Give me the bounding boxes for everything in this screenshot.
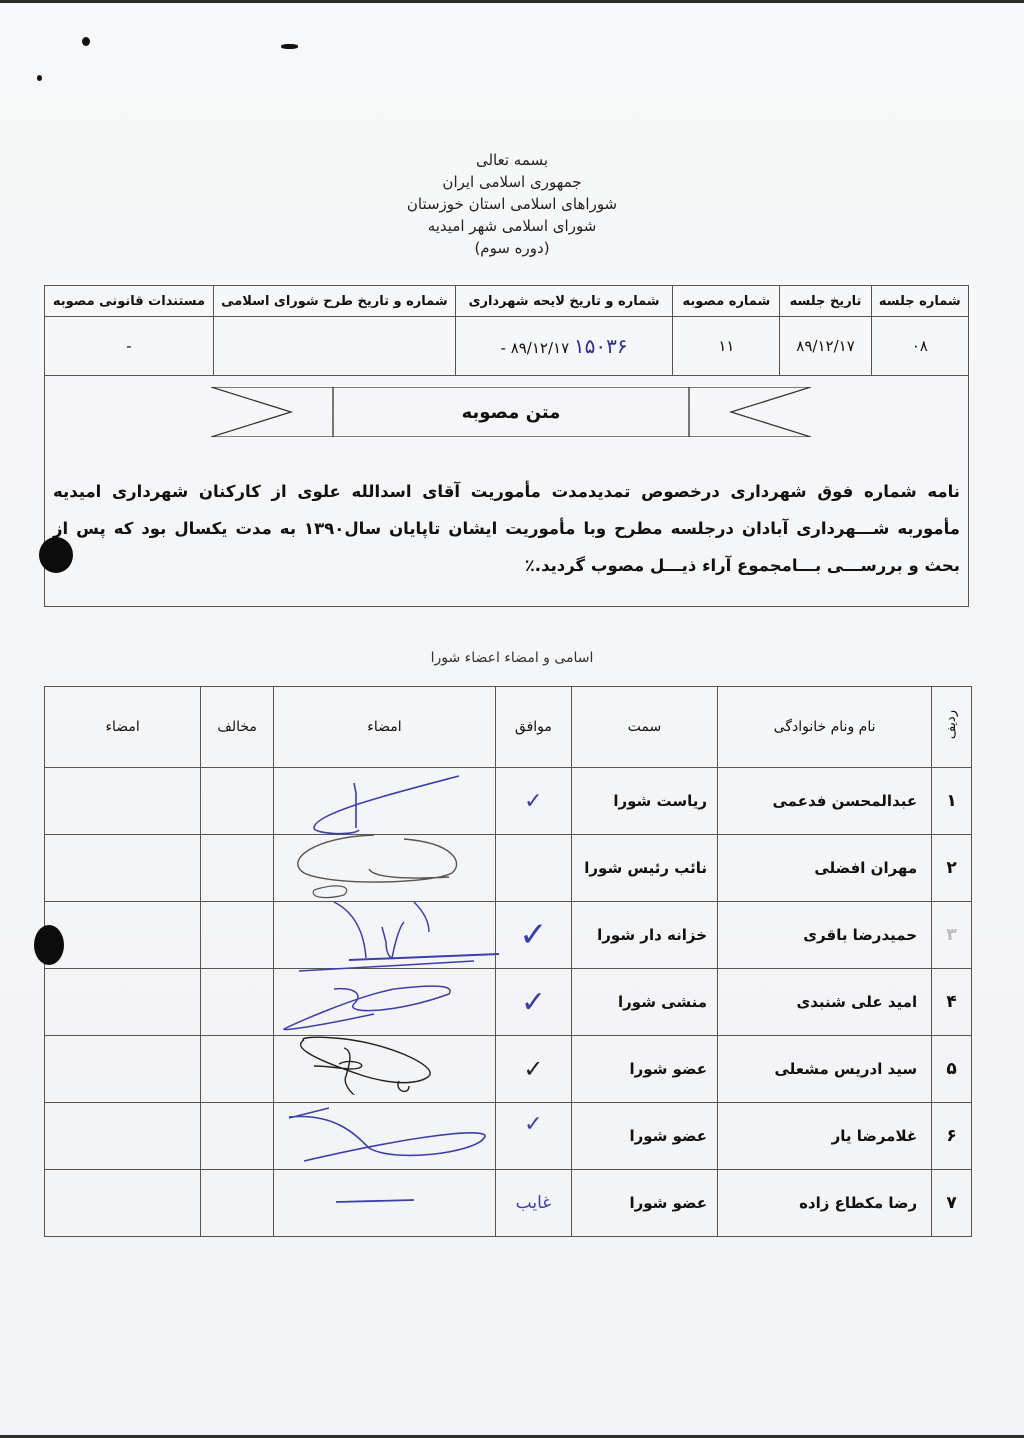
signature-cell [274,1170,496,1237]
row-number: ۳ [932,902,972,969]
punch-hole-mark [34,925,64,965]
oppose-cell [201,1103,274,1170]
opposition-signature-cell [45,1170,201,1237]
ink-speck [37,75,42,81]
member-name: رضا مکطاع زاده [718,1170,932,1237]
header-agree: موافق [495,687,571,768]
row-number: ۵ [932,1036,972,1103]
opposition-signature-cell [45,969,201,1036]
ink-speck [82,37,90,46]
agree-cell: ✓ [495,1036,571,1103]
council-members-table: ردیف نام ونام خانوادگی سمت موافق امضاء م… [44,686,972,1237]
opposition-signature-cell [45,835,201,902]
approval-title-banner: متن مصوبه [211,387,811,437]
signature-cell [274,902,496,969]
header-country: جمهوری اسلامی ایران [0,171,1024,193]
table-row: ۶ غلامرضا یار عضو شورا ✓ [45,1103,972,1170]
handwritten-signature-icon [274,1103,519,1167]
oppose-cell [201,969,274,1036]
agree-cell: ✓ [495,902,571,969]
document-header: بسمه تعالی جمهوری اسلامی ایران شوراهای ا… [0,149,1024,259]
header-resolution-number: شماره مصوبه [673,286,780,317]
header-signature-2: امضاء [45,687,201,768]
handwritten-signature-icon [274,1036,519,1100]
header-municipal-bill: شماره و تاریخ لایحه شهرداری [455,286,672,317]
row-number: ۶ [932,1103,972,1170]
handwritten-signature-icon [274,902,519,966]
header-legal-documents: مستندات قانونی مصوبه [45,286,214,317]
signature-cell [274,1036,496,1103]
approval-body-text: نامه شماره فوق شهرداری درخصوص تمدیدمدت م… [53,473,960,584]
member-position: نائب رئیس شورا [571,835,717,902]
oppose-cell [201,768,274,835]
municipal-bill-value: ۱۵۰۳۶ ۸۹/۱۲/۱۷ - [455,317,672,376]
signature-cell [274,768,496,835]
member-position: عضو شورا [571,1036,717,1103]
header-session-date: تاریخ جلسه [780,286,871,317]
checkmark-icon: ✓ [523,1055,543,1083]
row-number: ۱ [932,768,972,835]
table-row: ۳ حمیدرضا باقری خزانه دار شورا ✓ [45,902,972,969]
opposition-signature-cell [45,768,201,835]
scanned-document-page: بسمه تعالی جمهوری اسلامی ایران شوراهای ا… [0,0,1024,1438]
absent-note: غایب [516,1193,552,1213]
row-number: ۷ [932,1170,972,1237]
checkmark-icon: ✓ [524,789,542,814]
session-info-value-row: ٠٨ ۸۹/۱۲/۱۷ ۱۱ ۱۵۰۳۶ ۸۹/۱۲/۱۷ - - [45,317,969,376]
row-number: ۴ [932,969,972,1036]
legal-documents-value: - [45,317,214,376]
member-position: خزانه دار شورا [571,902,717,969]
member-name: عبدالمحسن فدعمی [718,768,932,835]
header-council-plan: شماره و تاریخ طرح شورای اسلامی [213,286,455,317]
member-name: غلامرضا یار [718,1103,932,1170]
municipal-bill-date: ۸۹/۱۲/۱۷ - [501,339,570,357]
header-row-number: ردیف [932,687,972,768]
header-city-council: شورای اسلامی شهر امیدیه [0,215,1024,237]
header-term: (دوره سوم) [0,237,1024,259]
member-name: سید ادریس مشعلی [718,1036,932,1103]
member-name: حمیدرضا باقری [718,902,932,969]
table-row: ۵ سید ادریس مشعلی عضو شورا ✓ [45,1036,972,1103]
oppose-cell [201,835,274,902]
signature-cell [274,835,496,902]
header-full-name: نام ونام خانوادگی [718,687,932,768]
session-date-value: ۸۹/۱۲/۱۷ [780,317,871,376]
header-session-number: شماره جلسه [871,286,968,317]
opposition-signature-cell [45,1103,201,1170]
table-row: ۲ مهران افضلی نائب رئیس شورا [45,835,972,902]
oppose-cell [201,1036,274,1103]
handwritten-dash-icon [274,1170,519,1234]
handwritten-signature-icon [274,969,519,1033]
agree-cell: ✓ [495,969,571,1036]
approval-title: متن مصوبه [333,387,689,437]
member-position: عضو شورا [571,1170,717,1237]
handwritten-signature-icon [274,768,519,832]
row-number: ۲ [932,835,972,902]
agree-cell [495,835,571,902]
session-info-header-row: شماره جلسه تاریخ جلسه شماره مصوبه شماره … [45,286,969,317]
approval-section: متن مصوبه نامه شماره فوق شهرداری درخصوص … [44,373,969,607]
session-info-table: شماره جلسه تاریخ جلسه شماره مصوبه شماره … [44,285,969,376]
header-oppose: مخالف [201,687,274,768]
agree-cell: ✓ [495,768,571,835]
municipal-bill-handwritten-number: ۱۵۰۳۶ [574,334,628,358]
member-position: ریاست شورا [571,768,717,835]
header-position: سمت [571,687,717,768]
members-caption: اسامی و امضاء اعضاء شورا [0,650,1024,666]
member-name: امید علی شنبدی [718,969,932,1036]
table-row: ۴ امید علی شنبدی منشی شورا ✓ [45,969,972,1036]
checkmark-icon: ✓ [519,915,548,955]
agree-cell: غایب [495,1170,571,1237]
opposition-signature-cell [45,1036,201,1103]
handwritten-signature-icon [274,835,519,899]
member-position: منشی شورا [571,969,717,1036]
session-number-value: ٠٨ [871,317,968,376]
agree-cell: ✓ [495,1103,571,1170]
council-plan-value [213,317,455,376]
header-signature: امضاء [274,687,496,768]
checkmark-icon: ✓ [524,1112,542,1137]
members-header-row: ردیف نام ونام خانوادگی سمت موافق امضاء م… [45,687,972,768]
oppose-cell [201,902,274,969]
header-basmala: بسمه تعالی [0,149,1024,171]
punch-hole-mark [39,537,73,573]
ink-speck [281,44,298,49]
checkmark-icon: ✓ [521,985,546,1020]
oppose-cell [201,1170,274,1237]
header-province-councils: شوراهای اسلامی استان خوزستان [0,193,1024,215]
member-name: مهران افضلی [718,835,932,902]
opposition-signature-cell [45,902,201,969]
table-row: ۷ رضا مکطاع زاده عضو شورا غایب [45,1170,972,1237]
resolution-number-value: ۱۱ [673,317,780,376]
signature-cell [274,1103,496,1170]
signature-cell [274,969,496,1036]
table-row: ۱ عبدالمحسن فدعمی ریاست شورا ✓ [45,768,972,835]
member-position: عضو شورا [571,1103,717,1170]
